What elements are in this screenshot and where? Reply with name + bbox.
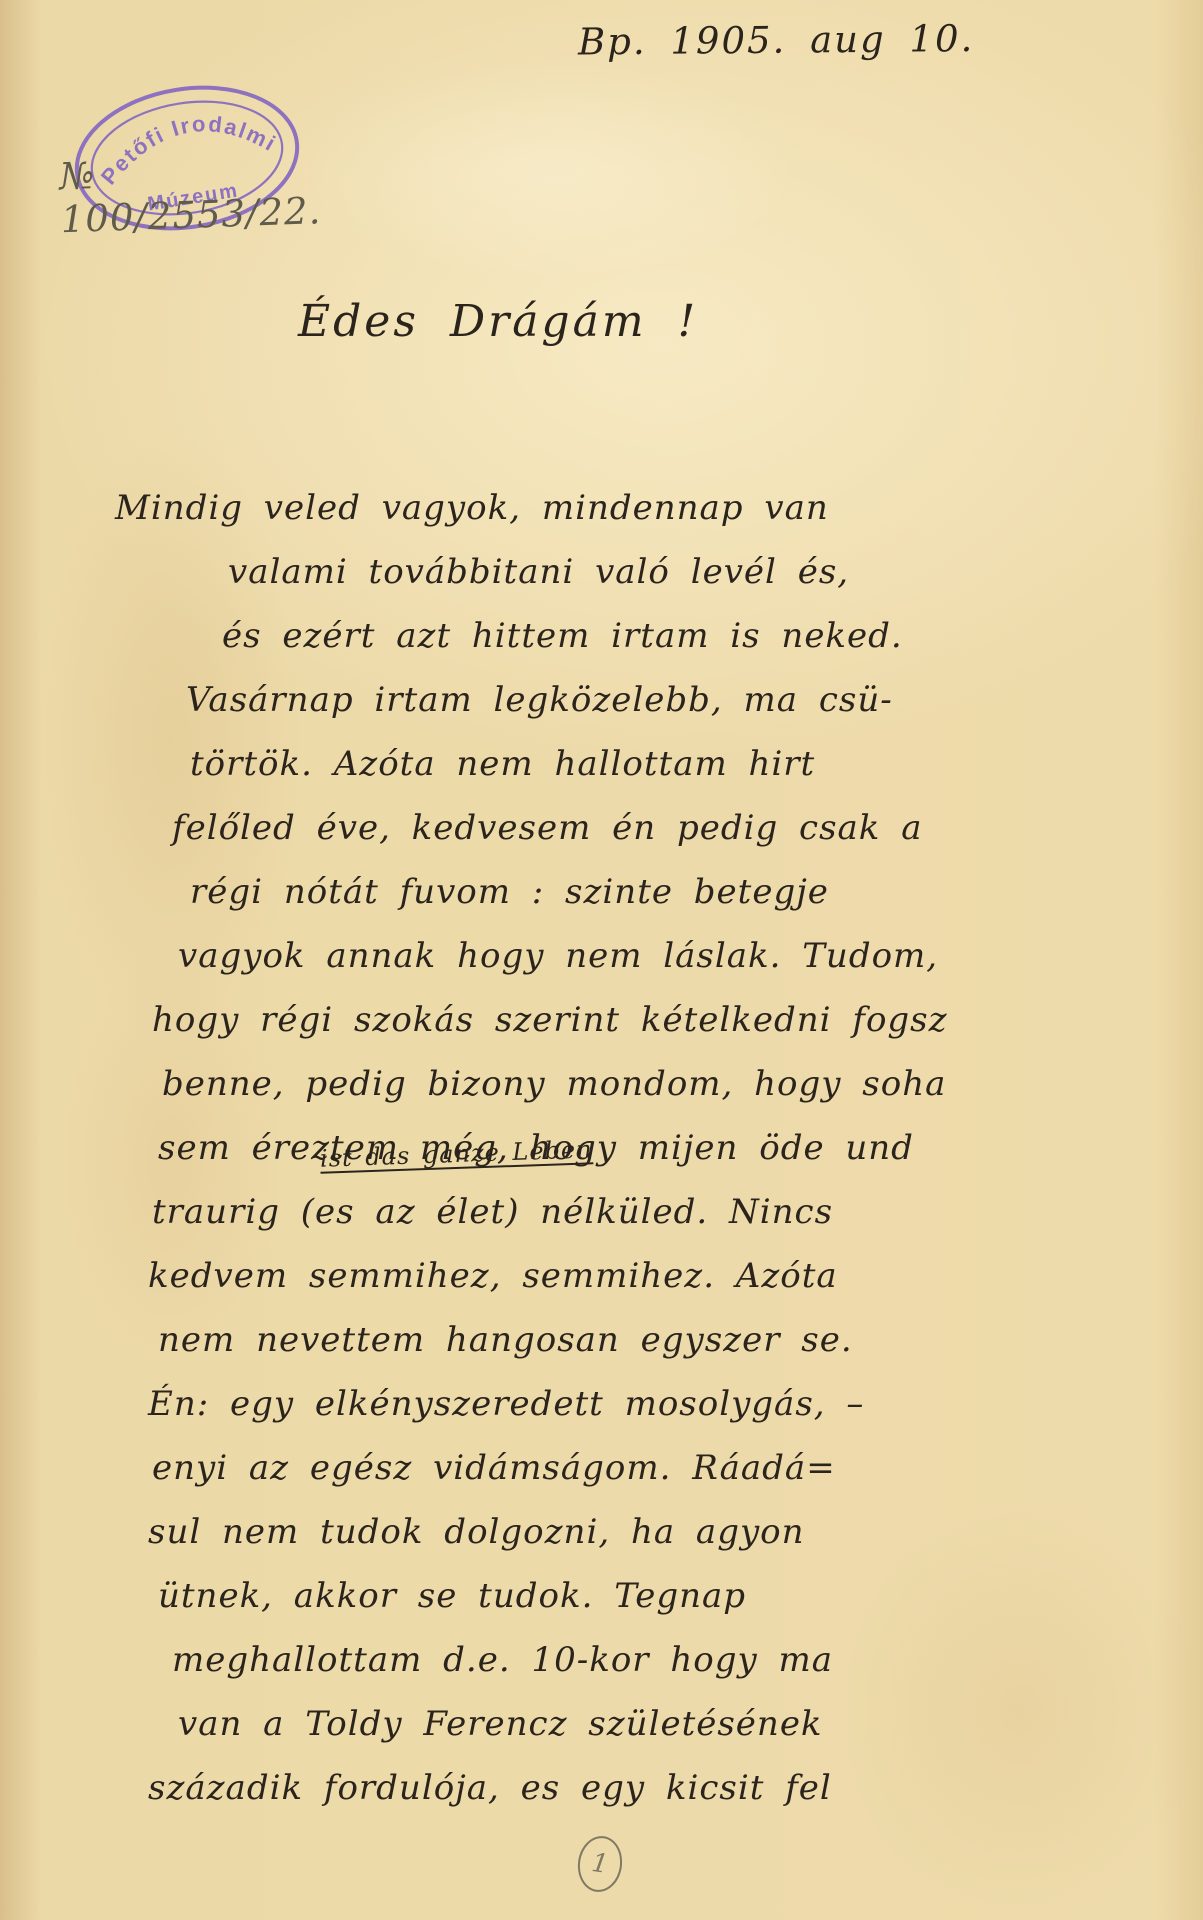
body-line: meghallottam d.e. 10-kor hogy ma	[172, 1628, 1203, 1692]
body-line: Vasárnap irtam legközelebb, ma csü-	[186, 668, 1203, 732]
body-line: benne, pedig bizony mondom, hogy soha	[162, 1052, 1203, 1116]
paper-highlight	[300, 60, 800, 280]
body-line-text: traurig (es az élet) nélküled. Nincs	[152, 1192, 833, 1232]
letter-page: Bp. 1905. aug 10. Petőfi Irodalmi Múzeum…	[0, 0, 1203, 1920]
page-number: 1	[574, 1833, 625, 1895]
body-line: és ezért azt hittem irtam is neked.	[222, 604, 1203, 668]
body-line-with-insertion: ist das ganze Leben traurig (es az élet)…	[152, 1180, 1203, 1244]
body-line: századik fordulója, es egy kicsit fel	[148, 1756, 1203, 1820]
body-line: enyi az egész vidámságom. Ráadá=	[152, 1436, 1203, 1500]
body-line: törtök. Azóta nem hallottam hirt	[190, 732, 1203, 796]
body-line: Én: egy elkényszeredett mosolygás, –	[148, 1372, 1203, 1436]
body-line: hogy régi szokás szerint kételkedni fogs…	[152, 988, 1203, 1052]
letter-date: Bp. 1905. aug 10.	[578, 16, 1138, 64]
body-line: ütnek, akkor se tudok. Tegnap	[158, 1564, 1203, 1628]
body-line: sul nem tudok dolgozni, ha agyon	[148, 1500, 1203, 1564]
body-line: van a Toldy Ferencz születésének	[178, 1692, 1203, 1756]
body-line: régi nótát fuvom : szinte betegje	[190, 860, 1203, 924]
body-line: vagyok annak hogy nem láslak. Tudom,	[178, 924, 1203, 988]
letter-body: Mindig veled vagyok, mindennap van valam…	[0, 476, 1203, 1820]
body-line: nem nevettem hangosan egyszer se.	[158, 1308, 1203, 1372]
salutation: Édes Drágám !	[298, 296, 698, 347]
body-line: valami továbbitani való levél és,	[228, 540, 1203, 604]
body-line: Mindig veled vagyok, mindennap van	[115, 476, 1203, 540]
body-line: felőled éve, kedvesem én pedig csak a	[172, 796, 1203, 860]
inventory-number: № 100/2553/22.	[59, 145, 362, 241]
page-number-value: 1	[590, 1848, 611, 1880]
body-line: kedvem semmihez, semmihez. Azóta	[148, 1244, 1203, 1308]
body-line: sem éreztem még, hogy mijen öde und	[158, 1116, 1203, 1180]
